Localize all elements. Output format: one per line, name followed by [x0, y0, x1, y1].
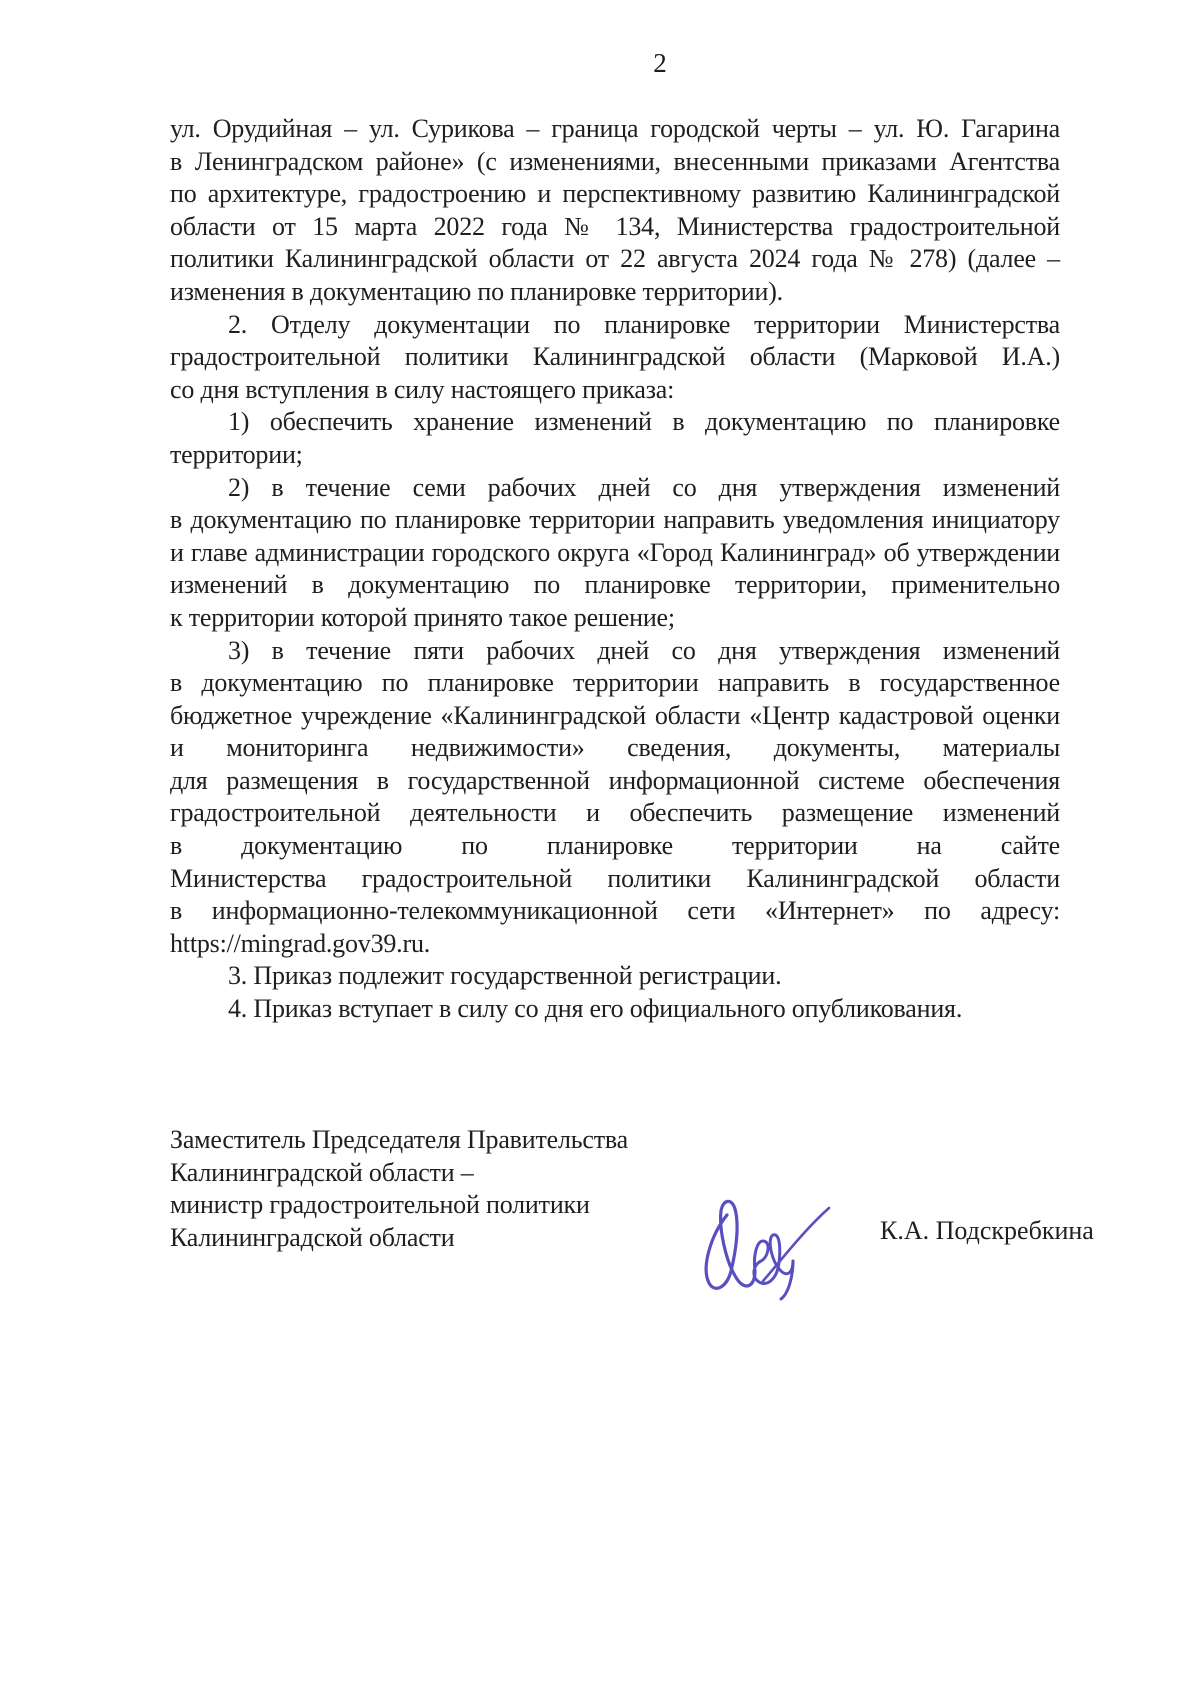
text-line: области от 15 марта 2022 года № 134, Мин… — [170, 211, 1060, 244]
text-line: 3. Приказ подлежит государственной регис… — [170, 960, 1060, 993]
text-line: и мониторинга недвижимости» сведения, до… — [170, 732, 1060, 765]
text-line: в документацию по планировке территории … — [170, 504, 1060, 537]
text-line: в документацию по планировке территории … — [170, 830, 1060, 863]
signature-position-line: министр градостроительной политики — [170, 1189, 730, 1222]
text-line: в документацию по планировке территории … — [170, 667, 1060, 700]
text-line: градостроительной политики Калининградск… — [170, 341, 1060, 374]
signature-position-line: Калининградской области — [170, 1222, 730, 1255]
signer-name: К.А. Подскребкина — [880, 1215, 1094, 1248]
text-line: 1) обеспечить хранение изменений в докум… — [170, 406, 1060, 439]
text-line: изменений в документацию по планировке т… — [170, 569, 1060, 602]
paragraph: 4. Приказ вступает в силу со дня его офи… — [170, 993, 1060, 1026]
text-line: 2) в течение семи рабочих дней со дня ут… — [170, 472, 1060, 505]
paragraph: ул. Орудийная – ул. Сурикова – граница г… — [170, 113, 1060, 309]
text-line: градостроительной деятельности и обеспеч… — [170, 797, 1060, 830]
text-line: политики Калининградской области от 22 а… — [170, 243, 1060, 276]
text-line: для размещения в государственной информа… — [170, 765, 1060, 798]
text-line: в информационно-телекоммуникационной сет… — [170, 895, 1060, 928]
signature-block: Заместитель Председателя ПравительстваКа… — [170, 1124, 730, 1254]
text-line: со дня вступления в силу настоящего прик… — [170, 374, 1060, 407]
text-line: 4. Приказ вступает в силу со дня его офи… — [170, 993, 1060, 1026]
document-page: 2 ул. Орудийная – ул. Сурикова – граница… — [0, 0, 1200, 1697]
signature-position-line: Калининградской области – — [170, 1157, 730, 1190]
paragraph: 3) в течение пяти рабочих дней со дня ут… — [170, 635, 1060, 961]
text-line: 3) в течение пяти рабочих дней со дня ут… — [170, 635, 1060, 668]
text-line: территории; — [170, 439, 1060, 472]
signature-position-line: Заместитель Председателя Правительства — [170, 1124, 730, 1157]
text-line: бюджетное учреждение «Калининградской об… — [170, 700, 1060, 733]
text-line: Министерства градостроительной политики … — [170, 863, 1060, 896]
text-line: изменения в документацию по планировке т… — [170, 276, 1060, 309]
text-line: 2. Отделу документации по планировке тер… — [170, 309, 1060, 342]
text-line: по архитектуре, градостроению и перспект… — [170, 178, 1060, 211]
paragraph: 2) в течение семи рабочих дней со дня ут… — [170, 472, 1060, 635]
document-body: ул. Орудийная – ул. Сурикова – граница г… — [170, 113, 1060, 1026]
paragraph: 1) обеспечить хранение изменений в докум… — [170, 406, 1060, 471]
text-line: и главе администрации городского округа … — [170, 537, 1060, 570]
text-line: ул. Орудийная – ул. Сурикова – граница г… — [170, 113, 1060, 146]
text-line: https://mingrad.gov39.ru. — [170, 928, 1060, 961]
text-line: к территории которой принято такое решен… — [170, 602, 1060, 635]
handwritten-signature — [693, 1183, 845, 1305]
paragraph: 3. Приказ подлежит государственной регис… — [170, 960, 1060, 993]
text-line: в Ленинградском районе» (с изменениями, … — [170, 146, 1060, 179]
page-number: 2 — [653, 47, 667, 79]
paragraph: 2. Отделу документации по планировке тер… — [170, 309, 1060, 407]
